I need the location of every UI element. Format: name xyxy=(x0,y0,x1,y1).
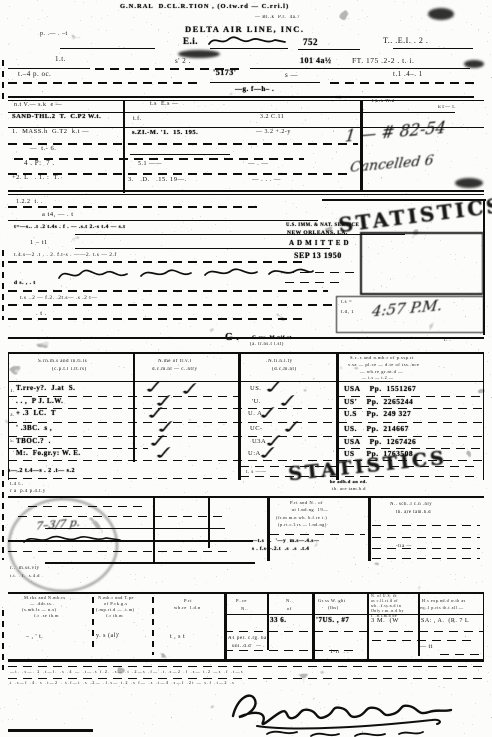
field-value: t.–4 p. oc. xyxy=(18,71,51,78)
crew-name: + .3 LC. T xyxy=(16,410,56,417)
crew-passport: U.S Pp. 249 327 xyxy=(344,410,411,418)
table-cell: s.ZI.-M. '1. 15. 195. xyxy=(132,130,198,137)
field-label: p. .— . –t xyxy=(40,31,68,37)
column-header: Gr.ss W..ght xyxy=(318,599,345,603)
column-header: — t.s — t.2 — xyxy=(362,376,393,380)
cargo-note: A1 per. c.rg. ha. xyxy=(228,636,268,641)
column-header: v.sa — pl.ce — d.te of iss..nce xyxy=(348,363,419,368)
crew-name: M:. Fo.gr.y: W. E. xyxy=(16,450,81,457)
column-header: (fr.m m.n wh. b.f.re t.) xyxy=(276,516,327,520)
column-header: (p.rt.c.l.rs — l.nd.ng) xyxy=(278,523,327,527)
margin-mark: G . xyxy=(225,333,239,343)
crew-name: T.rre-y?. J.at S. xyxy=(16,385,75,392)
ink-blot xyxy=(178,50,220,58)
column-header: P.rt and N.. of xyxy=(290,501,323,506)
column-header: (c.p.t.l l.tt.rs) xyxy=(52,367,87,372)
column-header: N.. xyxy=(241,607,248,612)
text-line: s . f.s—.2.t .s .s .t.4 xyxy=(252,547,309,552)
column-header: N.me of tr.v.l xyxy=(158,359,191,364)
column-header: (s.mb.ls — n.s) xyxy=(22,608,56,612)
ink-blot xyxy=(464,60,484,68)
column-header: P..ce xyxy=(236,599,247,604)
table-cell: SAND-THL.2 T. C.P2 W.t. xyxy=(12,114,101,121)
column-header: M.rks and N.mb.rs xyxy=(24,596,66,600)
crew-name: TBOC.? . xyxy=(16,438,51,445)
table-cell: — . — xyxy=(248,161,268,168)
cargo-value: y. s (al)' xyxy=(96,633,120,639)
admitted-stamp: ADMITTED xyxy=(289,240,352,247)
form-subtitle: — Bl..k P.r. 4a.7 xyxy=(255,15,300,20)
ink-blot xyxy=(455,178,483,188)
table-cell: +2. L . 1. : T. xyxy=(12,175,60,182)
row-index: 3. xyxy=(10,413,15,418)
column-header: f.r th.m xyxy=(106,614,123,618)
column-header: eq..l p.rts th.t all — xyxy=(420,606,464,610)
text-line: 1.2.2 t. . xyxy=(16,199,43,205)
column-header: H.s exp.nd.d w.th as xyxy=(422,599,466,603)
table-cell: n.t V.— s.k e — xyxy=(14,102,62,108)
field-value: s' 2 . xyxy=(175,58,191,65)
text-line: d s. , . t xyxy=(14,281,36,287)
table-cell: FL.5 W.2 xyxy=(372,99,395,104)
cargo-value: 33 6. xyxy=(270,617,287,624)
cargo-value: t , s t xyxy=(170,634,185,640)
field-value: —g. f—h– . xyxy=(235,86,274,93)
column-header: — wh.re gr.nt.d — xyxy=(360,370,403,375)
column-header: N.. xyxy=(286,599,293,604)
table-cell: — 3.2 +.2-y xyxy=(256,129,291,135)
form-title: G.N.RAL D.CL.R.TION , (O.tw.rd — C.rri.l… xyxy=(120,4,289,11)
table-cell: 4 . P: 7 . xyxy=(24,160,55,167)
column-header: — .ddr.ss.. xyxy=(30,602,54,606)
field-value: s — xyxy=(285,72,298,79)
table-cell: 5.1 —— xyxy=(138,161,162,167)
text-line: r.. m.ss.vly xyxy=(10,566,40,571)
field-value: E.i. xyxy=(183,37,198,46)
caption: r a p.4 p.4.t.y xyxy=(10,489,46,494)
row-index: 5. xyxy=(10,439,15,444)
column-header: (.mp.rt.d — .t.m) xyxy=(96,608,135,612)
column-header: th. are tam.h.d xyxy=(396,511,431,516)
text-line: t.4.s—2 .t . . 2. f.t-s . ——2. t.s — 2.f xyxy=(14,253,117,259)
crew-table-subcaption: (a. tr.ns.t l.st) xyxy=(250,343,284,348)
stamp-box-note: t.d, 1 xyxy=(341,310,354,315)
cargo-value: – , ' t. xyxy=(26,634,43,640)
text-line: t=—s.. .t .2 t.4s . f . — .s.t 2.-s t.4 … xyxy=(14,225,126,231)
handwriting-scribble xyxy=(55,263,320,285)
crew-name: . . , P J. L.W. xyxy=(16,398,63,405)
table-cell: 3. .D. .15. 19—. xyxy=(128,177,187,184)
column-header: of xyxy=(287,607,292,612)
column-header: wh.re l.d.n xyxy=(174,606,201,611)
text-line: s—.2 t.4—s . 2 .t— s.2 xyxy=(8,468,75,474)
text-line: t.s ..2 — f.2. .2t.s— .s .2 t— xyxy=(20,296,97,302)
table-cell: t.f. xyxy=(133,116,142,122)
cargo-note: unl..d.d' — . t xyxy=(232,644,269,649)
table-cell: ET— t. xyxy=(438,105,456,110)
field-value: 1.t. xyxy=(55,56,66,63)
column-header: at l.nd.ng 19— xyxy=(292,508,328,513)
signature-handwriting xyxy=(225,682,465,737)
crew-nationality: 'U. xyxy=(252,399,261,406)
immigration-service-stamp-line: U.S. IMM. & NAT. SERVICE xyxy=(286,224,359,229)
filler-text: t. s —— xyxy=(246,470,267,475)
cargo-value: 1-tt . . xyxy=(330,650,349,656)
text-line: 1 – t1 xyxy=(30,240,48,247)
column-header: (d.c.m.nt) xyxy=(272,367,297,372)
caption: he adh.d an ed. xyxy=(330,480,367,485)
field-value: FT. 175 .2-2 . t. i. xyxy=(352,57,414,65)
cargo-value: — tt xyxy=(420,644,433,650)
column-header: f.r .se th.m xyxy=(34,614,59,618)
crew-passport: USA Pp. 1551267 xyxy=(344,385,416,393)
crew-name: ' .3BC. s , xyxy=(16,425,52,432)
table-cell: t.s E.s — xyxy=(150,101,179,107)
table-cell: 1. MASS.h G.T2 k.t — xyxy=(12,129,89,136)
stamp-box-note: t.s = xyxy=(341,300,352,305)
flight-number: 752 xyxy=(303,38,318,47)
field-value: T.. .E.I. . 2 . xyxy=(383,37,428,45)
crew-passport: USA Pp. 1267426 xyxy=(344,438,416,446)
text-line: —t.s t. '—y m.s—.4.s— xyxy=(252,539,319,544)
date-stamp: SEP 13 1950 xyxy=(294,252,342,260)
cargo-value: 3 M. (W xyxy=(371,618,399,625)
table-cell: — . . . — xyxy=(252,177,281,184)
handwriting-scribble xyxy=(20,530,130,548)
fine-print: t .s—f .4. s .t—2 . s.f—t .s .2— .f.s— t… xyxy=(10,681,235,685)
column-header: (lbs) xyxy=(328,606,339,610)
text-line: . t . xyxy=(36,311,47,318)
fine-print: —t. .s—. 2 .t—f. .s .4 — .t—.s f.2. .s— … xyxy=(10,670,244,674)
column-header: P.rt xyxy=(184,599,192,604)
column-header: N.. sch..l c.n .nly xyxy=(390,503,432,508)
crew-passport: US' Pp. 2265244 xyxy=(344,398,413,406)
table-cell: — t.- 6. xyxy=(30,146,56,153)
stamp-box xyxy=(360,232,483,295)
column-header: of P.ck.g.s xyxy=(104,602,128,606)
crew-table-caption: C.ew M.nif.st xyxy=(252,336,292,342)
text-line: a t4, — . t xyxy=(42,212,74,219)
text-line: t.t. . f. s.4.d xyxy=(10,574,40,579)
table-cell: 3.2 C.11 xyxy=(260,114,284,120)
column-header: d.c.m.nt — c..ntry xyxy=(152,367,198,372)
handwriting-scribble xyxy=(205,33,290,49)
field-value: '5173' xyxy=(213,69,236,77)
scanned-document-page: G.N.RAL D.CL.R.TION , (O.tw.rd — C.rri.l… xyxy=(0,0,492,737)
crew-nationality: US. xyxy=(250,386,261,393)
field-value: t.1 .4–. 1 xyxy=(393,71,423,78)
column-header: S.rn.m.s and in.ti.ls xyxy=(38,359,87,364)
ink-blot xyxy=(428,8,454,20)
port-stamp-line: NEW ORLEANS, LA. xyxy=(287,231,348,237)
column-header: N.ti.n.l.ty xyxy=(268,359,293,364)
column-header: S.r..s and n.mb.r of p.ssp.rt xyxy=(350,356,414,361)
corner-note: t. . xyxy=(444,338,451,343)
caption: t.4 t.. xyxy=(10,482,24,487)
row-index: 1. xyxy=(10,389,15,394)
column-header: N.mb.r and T.pe xyxy=(98,596,134,600)
crew-nationality: UC- xyxy=(250,426,263,433)
cargo-value: '7US. , #7 xyxy=(316,617,349,624)
crew-passport: US. Pp. 214667 xyxy=(344,425,409,433)
field-value: 101 4a½ xyxy=(300,57,332,65)
cargo-value: SA: , A. (R. 7 L xyxy=(421,618,469,624)
caption: th. are tam.h.d xyxy=(332,487,366,492)
